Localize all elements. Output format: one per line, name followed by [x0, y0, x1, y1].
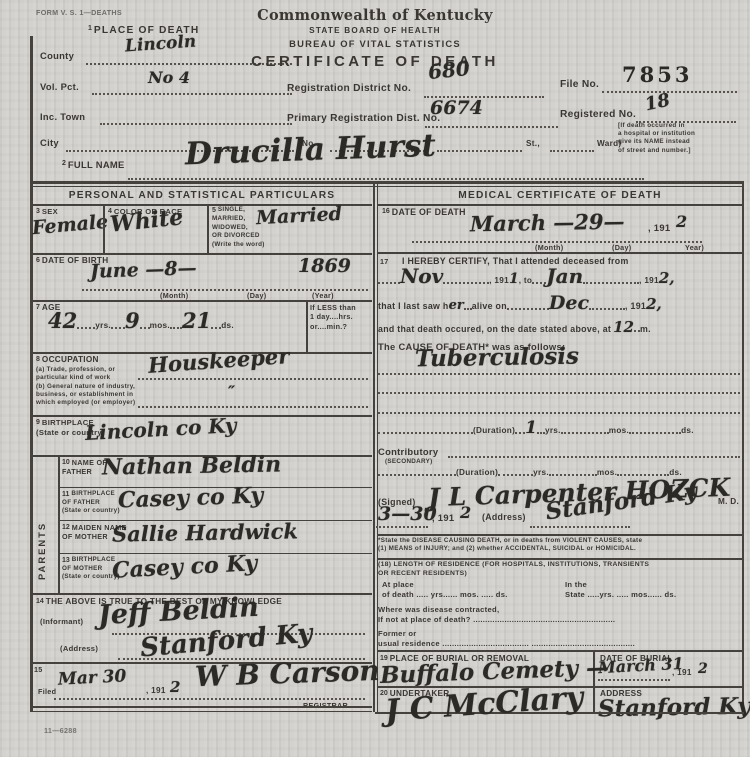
- residence-at-place: At place of death ..... yrs...... mos. .…: [382, 580, 508, 600]
- certificate-title: CERTIFICATE OF DEATH: [210, 52, 540, 72]
- occupation-number: 8: [36, 356, 40, 363]
- inc-town-line: [100, 123, 292, 125]
- signed-bottom-rule: [377, 534, 744, 536]
- alive-on-label: alive on: [472, 301, 507, 312]
- hospital-note: [If death occurred in a hospital or inst…: [618, 122, 744, 155]
- last-saw-alive-row: that I last saw heralive onDec, 1912,: [378, 294, 662, 313]
- primary-registration-value: 6674: [430, 99, 483, 118]
- occupation-a-line: [138, 378, 368, 380]
- duration-years-unit: yrs.: [545, 426, 561, 437]
- occupation-heading: 8OCCUPATION: [36, 355, 99, 366]
- sex-number: 3: [36, 208, 40, 215]
- signed-year-printed: , 191: [432, 512, 454, 524]
- dob-year-caption: (Year): [312, 291, 334, 300]
- cause-footnote: *State the DISEASE CAUSING DEATH, or in …: [378, 537, 742, 553]
- father-birthplace-heading: 11BIRTHPLACE OF FATHER (State or country…: [62, 490, 120, 515]
- duration-row: (Duration)1yrs.mos.ds.: [378, 420, 694, 437]
- signed-address-line: [530, 526, 630, 528]
- dod-month-caption: (Month): [535, 243, 563, 252]
- medical-title-rule: [377, 204, 743, 206]
- marital-number: 5: [212, 207, 216, 214]
- medical-section-title: MEDICAL CERTIFICATE OF DEATH: [377, 189, 743, 202]
- date-of-death-number: 16: [382, 208, 390, 215]
- age-months-value: 9: [125, 310, 140, 331]
- primary-registration-line: [425, 126, 558, 128]
- last-saw-hw: er: [449, 299, 464, 312]
- last-saw-year-digit: 2,: [646, 297, 662, 312]
- full-name-value: Drucilla Hurst: [185, 131, 437, 171]
- dob-year-value: 1869: [298, 257, 351, 276]
- dotted-leader: [464, 308, 472, 310]
- duration-days-unit: ds.: [681, 426, 694, 437]
- color-marital-divider: [207, 204, 209, 253]
- cause-of-death-value: Tuberculosis: [415, 345, 579, 371]
- dotted-leader: [77, 327, 95, 329]
- dotted-leader: [629, 432, 681, 434]
- dotted-leader: [140, 327, 150, 329]
- registration-district-label: Registration District No.: [287, 82, 411, 95]
- duration-years-value: 1: [525, 420, 537, 437]
- form-code-top: FORM V. S. 1—DEATHS: [36, 8, 122, 17]
- dod-day-caption: (Day): [612, 243, 631, 252]
- footnote-rule: [377, 558, 744, 560]
- attended-to-label: , to: [519, 276, 532, 287]
- dod-row-rule: [377, 252, 743, 254]
- burial-date-line: [598, 679, 670, 681]
- registered-no-label: Registered No.: [560, 108, 636, 121]
- death-occurred-row: and that death occured, on the date stat…: [378, 320, 651, 335]
- residence-in-state: In the State .....yrs. ..... mos...... d…: [565, 580, 676, 600]
- attended-from-row: Nov, 1911, toJan, 1912,: [378, 266, 675, 287]
- dob-number: 6: [36, 257, 40, 264]
- registered-no-value: 18: [643, 92, 671, 115]
- registrar-signature: W B Carson: [195, 657, 380, 691]
- death-occurred-text: and that death occured, on the date stat…: [378, 324, 611, 335]
- attended-from-year-digit: 1: [509, 272, 519, 286]
- dotted-leader: [561, 432, 609, 434]
- age-subbox-divider: [306, 300, 308, 352]
- color-value: White: [109, 206, 184, 236]
- full-name-label: FULL NAME: [68, 159, 125, 170]
- dotted-leader: [532, 282, 546, 284]
- filed-year-printed: , 191: [146, 686, 166, 697]
- county-label: County: [40, 50, 74, 62]
- sex-value: Female: [31, 213, 109, 239]
- dob-row-rule: [32, 300, 372, 302]
- death-time-unit: m.: [640, 324, 651, 335]
- father-birthplace-value: Casey co Ky: [118, 484, 264, 511]
- dotted-leader: [583, 282, 639, 284]
- inc-town-label: Inc. Town: [40, 111, 85, 123]
- vol-pct-line: [92, 93, 292, 95]
- full-name-line: [128, 178, 644, 180]
- age-years-unit: yrs.: [95, 321, 111, 332]
- last-saw-value: Dec: [549, 294, 589, 313]
- occupation-b-value: ″: [228, 384, 235, 400]
- column-divider-rule: [373, 181, 375, 712]
- age-months-unit: mos.: [150, 321, 170, 332]
- sex-color-divider: [103, 204, 105, 253]
- dotted-leader: [589, 308, 625, 310]
- attended-from-year-printed: , 191: [489, 276, 509, 287]
- duration-label: (Duration): [473, 426, 515, 437]
- duration2-years-unit: yrs.: [533, 468, 549, 479]
- marital-value: Married: [256, 205, 343, 228]
- mother-name-value: Sallie Hardwick: [112, 520, 298, 544]
- attended-to-year-digit: 2,: [659, 271, 675, 286]
- md-label: M. D.: [718, 497, 739, 508]
- top-section-rule: [30, 181, 744, 184]
- age-value-row: 42yrs.9mos.21ds.: [48, 310, 234, 332]
- dotted-leader: [378, 282, 400, 284]
- informant-label: (Informant): [40, 617, 83, 627]
- father-name-value: Nathan Beldin: [102, 453, 281, 478]
- dotted-leader: [443, 282, 489, 284]
- burial-year-printed: , 191: [672, 668, 692, 679]
- personal-section-title: PERSONAL AND STATISTICAL PARTICULARS: [32, 189, 372, 202]
- state-board-subtitle: STATE BOARD OF HEALTH: [225, 26, 525, 37]
- death-time-value: 12: [613, 320, 634, 335]
- place-of-death-number: 1: [88, 25, 92, 32]
- parents-strip-divider: [58, 455, 60, 593]
- commonwealth-title: Commonwealth of Kentucky: [225, 7, 525, 26]
- signed-date-value: 3—30: [378, 505, 437, 524]
- signed-address-label: (Address): [482, 512, 526, 523]
- informant-statement-number: 14: [36, 598, 44, 605]
- date-of-death-label: DATE OF DEATH: [392, 207, 466, 217]
- city-street-line: [437, 150, 522, 152]
- last-saw-year-printed: , 191: [625, 301, 646, 312]
- residence-contracted: Where was disease contracted, If not at …: [378, 605, 742, 625]
- filed-line: [54, 698, 365, 700]
- birthplace-value: Lincoln co Ky: [85, 415, 237, 443]
- city-ward-line: [550, 150, 594, 152]
- dotted-leader: [498, 474, 533, 476]
- mother-birthplace-value: Casey co Ky: [112, 552, 258, 582]
- signed-date-line: [376, 526, 428, 528]
- dotted-leader: [378, 432, 473, 434]
- parents-side-label: PARENTS: [36, 472, 48, 580]
- left-bottom-rule: [30, 706, 372, 708]
- dotted-leader: [378, 474, 456, 476]
- date-of-death-heading: 16DATE OF DEATH: [382, 207, 466, 218]
- file-no-value: 7853: [622, 62, 692, 87]
- attended-from-value: Nov: [400, 266, 443, 286]
- father-name-number: 10: [62, 459, 70, 466]
- undertaker-address-value: Stanford Ky: [598, 695, 750, 721]
- city-st-label: St.,: [526, 139, 540, 150]
- informant-address-label: (Address): [60, 644, 98, 654]
- dob-month-caption: (Month): [160, 291, 188, 300]
- age-number: 7: [36, 304, 40, 311]
- occupation-label: OCCUPATION: [42, 355, 99, 364]
- dotted-leader: [537, 432, 545, 434]
- top-section-rule-thin: [30, 186, 744, 187]
- full-name-number: 2: [62, 160, 66, 167]
- dod-year-caption: Year): [685, 243, 704, 252]
- father-birthplace-label: BIRTHPLACE OF FATHER (State or country): [62, 490, 120, 514]
- left-bottom-rule-thin: [30, 711, 372, 712]
- duration-months-unit: mos.: [609, 426, 629, 437]
- vol-pct-value: No 4: [148, 70, 190, 86]
- age-days-value: 21: [182, 310, 211, 331]
- file-no-line: [602, 91, 737, 93]
- age-years-value: 42: [48, 310, 77, 331]
- occupation-a-value: Houskeeper: [147, 345, 289, 376]
- dob-value: June —8—: [90, 259, 197, 282]
- registration-district-value: 680: [427, 58, 471, 82]
- date-of-death-value: March —29—: [470, 211, 625, 235]
- cause-line-2: [378, 392, 740, 394]
- age-less-note: If LESS than 1 day....hrs. or....min.?: [310, 303, 356, 331]
- mother-birthplace-number: 13: [62, 557, 70, 564]
- left-border-rule: [30, 36, 33, 712]
- county-value: Lincoln: [124, 34, 196, 56]
- vol-pct-label: Vol. Pct.: [40, 81, 79, 93]
- dotted-leader: [211, 327, 221, 329]
- city-label: City: [40, 137, 59, 149]
- filed-label: Filed: [38, 687, 56, 696]
- right-border-rule: [742, 181, 744, 712]
- death-certificate-scan: FORM V. S. 1—DEATHS 1PLACE OF DEATH Coun…: [0, 0, 750, 757]
- mother-name-number: 12: [62, 524, 70, 531]
- dotted-leader: [170, 327, 182, 329]
- contributory-label: Contributory: [378, 446, 438, 458]
- occupation-a-label: (a) Trade, profession, or particular kin…: [36, 366, 115, 382]
- last-saw-prefix: that I last saw h: [378, 301, 449, 312]
- signed-year-digit: 2: [460, 505, 471, 521]
- filed-date-value: Mar 30: [58, 668, 127, 689]
- bureau-subtitle: BUREAU OF VITAL STATISTICS: [225, 38, 525, 50]
- father-name-heading: 10NAME OF FATHER: [62, 458, 107, 477]
- cause-line-1: [378, 373, 740, 375]
- contributory-line: [448, 456, 740, 458]
- dob-day-caption: (Day): [247, 291, 266, 300]
- cause-line-3: [378, 412, 740, 414]
- file-no-label: File No.: [560, 78, 599, 91]
- full-name-heading: 2FULL NAME: [62, 159, 125, 171]
- informant-value: Jeff Beldin: [97, 594, 259, 629]
- date-of-death-year-digit: 2: [676, 214, 687, 230]
- dotted-leader: [507, 308, 549, 310]
- attended-to-value: Jan: [546, 266, 583, 286]
- form-code-bottom: 11—6288: [44, 726, 77, 735]
- age-days-unit: ds.: [221, 321, 234, 332]
- dotted-leader: [111, 327, 125, 329]
- occupation-b-label: (b) General nature of industry, business…: [36, 383, 135, 408]
- attended-to-year-printed: , 191: [639, 276, 659, 287]
- occupation-b-line: [138, 406, 368, 408]
- burial-year-digit: 2: [698, 662, 708, 676]
- date-of-death-year-printed: , 191: [648, 222, 670, 234]
- residence-former: Former or usual residence ..............…: [378, 629, 742, 649]
- duration2-label: (Duration): [456, 468, 498, 479]
- father-birthplace-number: 11: [62, 491, 69, 498]
- certify-number: 17: [380, 257, 389, 266]
- filed-number: 15: [34, 665, 43, 674]
- primary-registration-label: Primary Registration Dist. No.: [287, 112, 440, 125]
- dotted-leader: [549, 474, 597, 476]
- residence-bottom-rule: [377, 650, 744, 652]
- contributory-note: (SECONDARY): [385, 458, 433, 466]
- birthplace-number: 9: [36, 419, 40, 426]
- residence-title: (18) LENGTH OF RESIDENCE (FOR HOSPITALS,…: [378, 561, 742, 579]
- filed-year-digit: 2: [170, 680, 180, 695]
- dotted-leader: [515, 432, 525, 434]
